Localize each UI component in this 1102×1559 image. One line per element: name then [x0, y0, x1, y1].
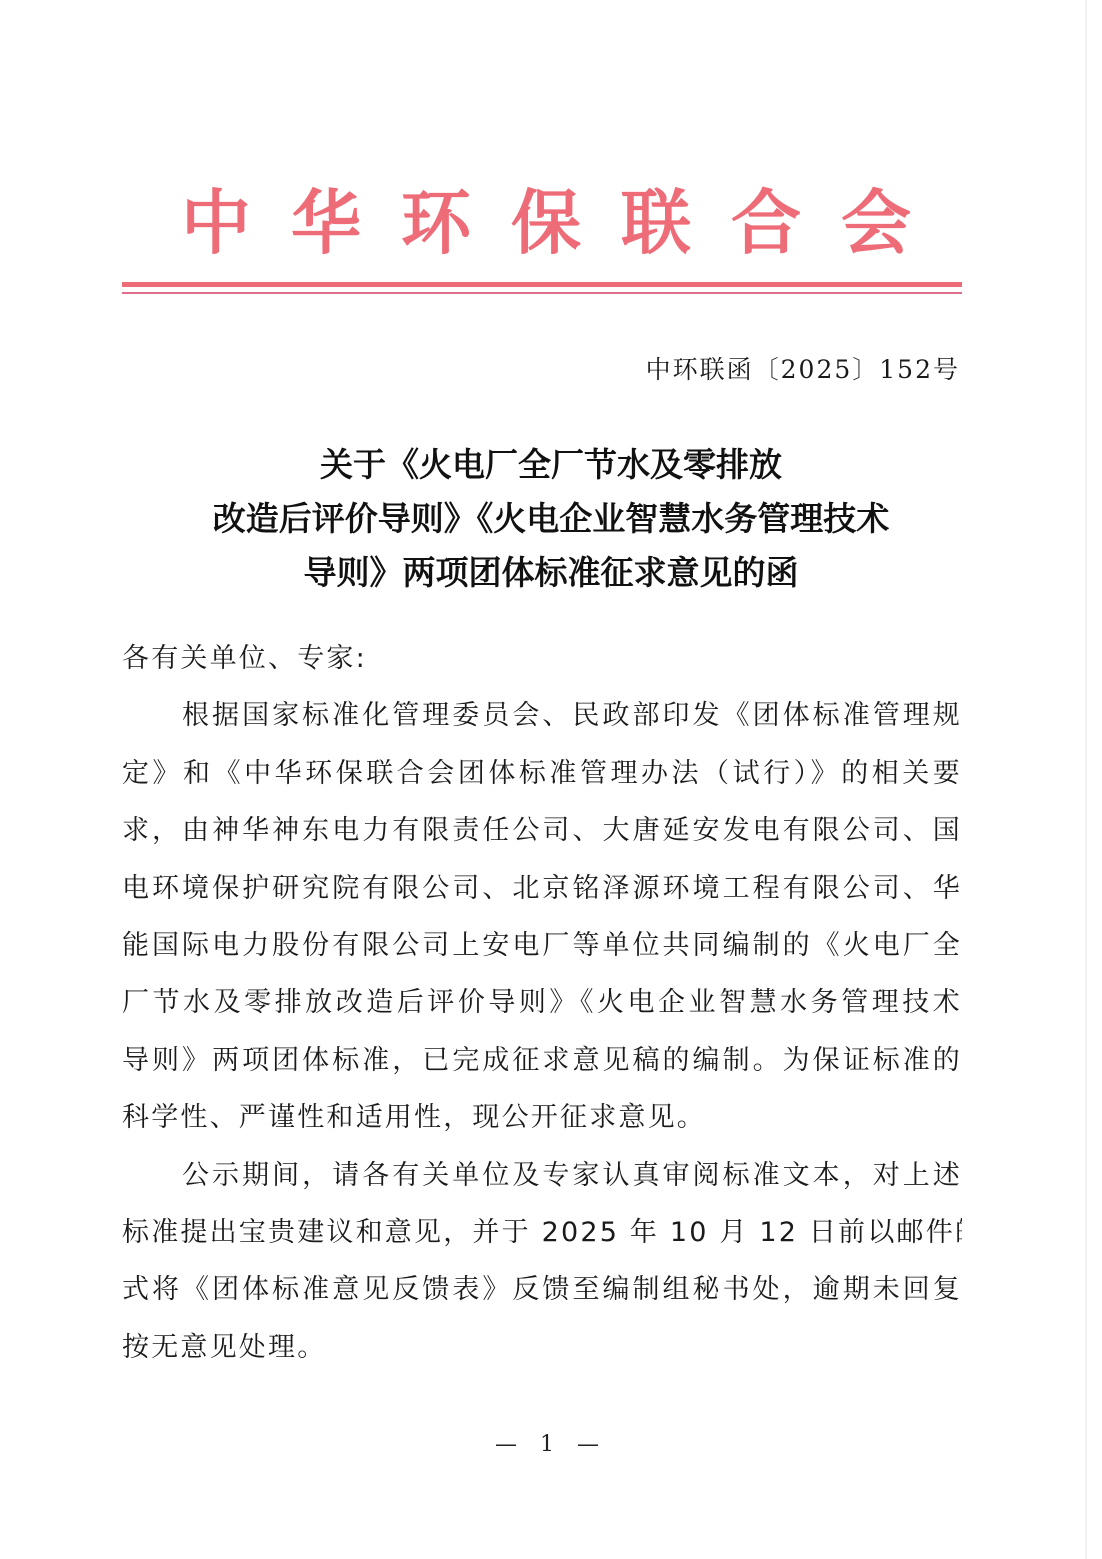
- letterhead-organization: 中 华 环 保 联 合 会: [176, 178, 916, 268]
- body-line: 科学性、严谨性和适用性，现公开征求意见。: [122, 1089, 962, 1146]
- body-line: 求，由神华神东电力有限责任公司、大唐延安发电有限公司、国: [122, 802, 962, 859]
- body-line: 式将《团体标准意见反馈表》反馈至编制组秘书处，逾期未回复: [122, 1261, 962, 1318]
- title-line: 关于《火电厂全厂节水及零排放: [120, 438, 982, 492]
- scan-edge-artifact: [1085, 0, 1087, 1559]
- body-line: 定》和《中华环保联合会团体标准管理办法（试行）》的相关要: [122, 745, 962, 802]
- letterhead-rule-thin: [122, 292, 962, 294]
- letterhead-char: 中: [176, 178, 256, 268]
- body-line: 标准提出宝贵建议和意见，并于 2025 年 10 月 12 日前以邮件的形: [122, 1204, 962, 1261]
- document-number: 中环联函〔2025〕152号: [646, 350, 960, 390]
- body-line: 厂节水及零排放改造后评价导则》《火电企业智慧水务管理技术: [122, 974, 962, 1031]
- letterhead-char: 联: [616, 178, 696, 268]
- letterhead-char: 保: [506, 178, 586, 268]
- addressee: 各有关单位、专家:: [122, 630, 962, 687]
- body-line: 按无意见处理。: [122, 1319, 962, 1376]
- letterhead-char: 环: [396, 178, 476, 268]
- letterhead-char: 合: [726, 178, 806, 268]
- page-number: — 1 —: [0, 1430, 1102, 1460]
- document-title: 关于《火电厂全厂节水及零排放 改造后评价导则》《火电企业智慧水务管理技术 导则》…: [120, 438, 982, 600]
- body-line: 公示期间，请各有关单位及专家认真审阅标准文本，对上述: [122, 1147, 962, 1204]
- document-page: 中 华 环 保 联 合 会 中环联函〔2025〕152号 关于《火电厂全厂节水及…: [0, 0, 1102, 1559]
- title-line: 导则》两项团体标准征求意见的函: [120, 546, 982, 600]
- letterhead-char: 华: [286, 178, 366, 268]
- letterhead-rule-thick: [122, 282, 962, 287]
- body-line: 电环境保护研究院有限公司、北京铭泽源环境工程有限公司、华: [122, 860, 962, 917]
- title-line: 改造后评价导则》《火电企业智慧水务管理技术: [120, 492, 982, 546]
- letterhead-char: 会: [836, 178, 916, 268]
- body-line: 根据国家标准化管理委员会、民政部印发《团体标准管理规: [122, 687, 962, 744]
- body-line: 能国际电力股份有限公司上安电厂等单位共同编制的《火电厂全: [122, 917, 962, 974]
- body-line: 导则》两项团体标准，已完成征求意见稿的编制。为保证标准的: [122, 1032, 962, 1089]
- paragraph-2: 公示期间，请各有关单位及专家认真审阅标准文本，对上述 标准提出宝贵建议和意见，并…: [122, 1147, 962, 1377]
- document-body: 各有关单位、专家: 根据国家标准化管理委员会、民政部印发《团体标准管理规 定》和…: [122, 630, 962, 1376]
- paragraph-1: 根据国家标准化管理委员会、民政部印发《团体标准管理规 定》和《中华环保联合会团体…: [122, 687, 962, 1146]
